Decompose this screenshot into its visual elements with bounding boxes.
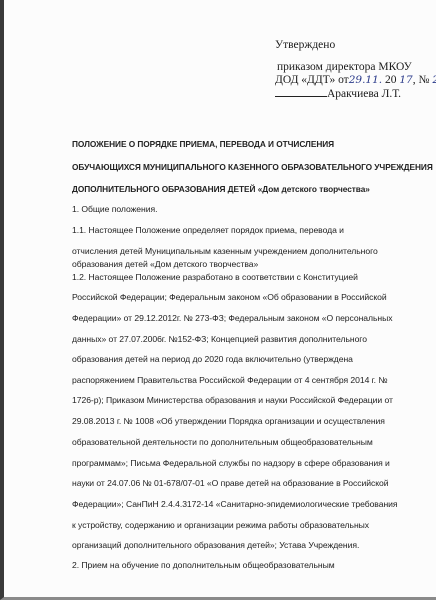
- paragraph-line: образования детей «Дом детского творчест…: [72, 259, 258, 269]
- heading-line-3: ДОПОЛНИТЕЛЬНОГО ОБРАЗОВАНИЯ ДЕТЕЙ «Дом д…: [72, 184, 370, 194]
- signatory-name: Аракчиева Л.Т.: [327, 88, 401, 100]
- paragraph-line: науки от 24.07.06 № 01-678/07-01 «О прав…: [72, 478, 389, 488]
- paragraph-line: организаций дополнительного образования …: [72, 540, 359, 550]
- paragraph-line: 1726-р); Приказом Министерства образован…: [72, 395, 393, 405]
- approval-date-prefix: ДОД «ДДТ» от: [275, 74, 349, 86]
- scanned-page: Утверждено приказом директора МКОУ ДОД «…: [0, 0, 436, 600]
- year-prefix: 20: [385, 74, 397, 86]
- paragraph-line: Федерации»; СанПиН 2.4.4.3172-14 «Санита…: [72, 499, 398, 509]
- paragraph-line: отчисления детей Муниципальным казенным …: [72, 246, 378, 256]
- paragraph-line: 29.08.2013 г. № 1008 «Об утверждении Пор…: [72, 416, 385, 426]
- paragraph-line: 1.2. Настоящее Положение разработано в с…: [72, 272, 358, 282]
- handwritten-order-number: 277: [432, 74, 436, 86]
- heading-line-1: ПОЛОЖЕНИЕ О ПОРЯДКЕ ПРИЕМА, ПЕРЕВОДА И О…: [72, 139, 334, 149]
- heading-line-2: ОБУЧАЮЩИХСЯ МУНИЦИПАЛЬНОГО КАЗЕННОГО ОБР…: [72, 162, 433, 172]
- paragraph-line: образовательной деятельности по дополнит…: [72, 437, 373, 447]
- approval-order-line: приказом директора МКОУ: [277, 60, 412, 74]
- paragraph-line: программам»; Письма Федеральной службы п…: [72, 458, 390, 468]
- handwritten-year: 17: [399, 74, 412, 86]
- handwritten-date: 29.11.: [349, 74, 382, 86]
- approval-date-line: ДОД «ДДТ» от29.11. 20 17, № 277: [275, 73, 436, 87]
- paragraph-line: к устройству, содержанию и организации р…: [72, 520, 369, 530]
- paragraph-line: данных» от 27.07.2006г. №152-ФЗ; Концепц…: [72, 334, 367, 344]
- paragraph-line: образования детей на период до 2020 года…: [72, 354, 353, 364]
- section-2-title: 2. Прием на обучение по дополнительным о…: [72, 560, 335, 570]
- paragraph-line: 1.1. Настоящее Положение определяет поря…: [72, 225, 344, 235]
- paragraph-line: Федерации» от 29.12.2012г. № 273-ФЗ; Фед…: [72, 313, 393, 323]
- signature-underline: [275, 86, 327, 97]
- number-prefix: , №: [413, 74, 430, 86]
- approval-signature-line: Аракчиева Л.Т.: [275, 86, 401, 101]
- paragraph-line: распоряжением Правительства Российской Ф…: [72, 375, 388, 385]
- section-1-title: 1. Общие положения.: [72, 204, 157, 214]
- approval-title: Утверждено: [275, 38, 335, 52]
- paragraph-line: Российской Федерации; Федеральным законо…: [72, 292, 387, 302]
